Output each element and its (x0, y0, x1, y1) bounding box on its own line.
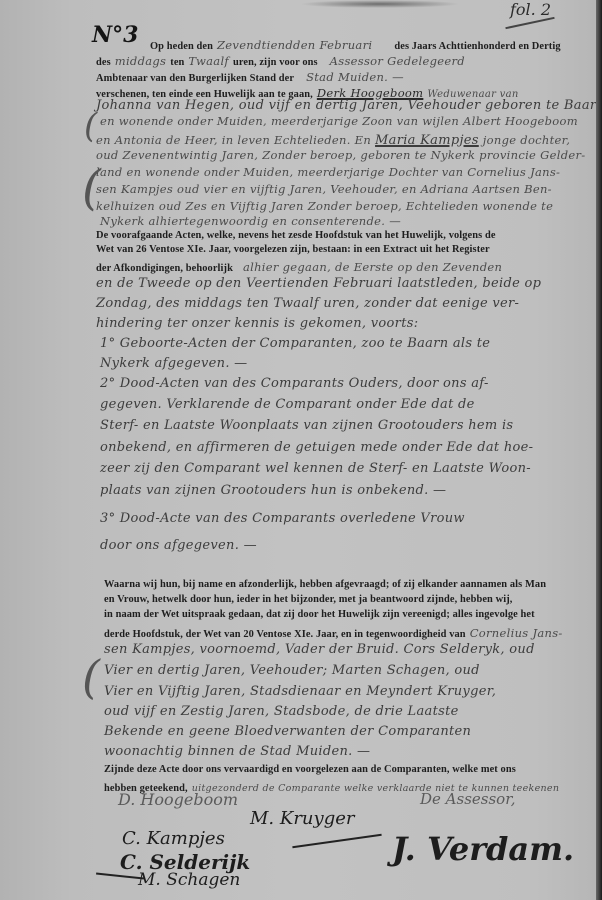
page-edge (596, 0, 602, 900)
print-text: derde Hoofdstuk, der Wet van 20 Ventose … (104, 629, 466, 640)
line-22: Sterf- en Laatste Woonplaats van zijnen … (100, 418, 513, 433)
line-23: onbekend, en affirmeren de getuigen mede… (100, 440, 533, 455)
line-8: land en wonende onder Muiden, meerderjar… (96, 165, 560, 179)
margin-bracket: ( (82, 650, 100, 704)
hand-text: middags (115, 54, 167, 68)
print-text: Ambtenaar van den Burgerlijken Stand der (96, 73, 294, 84)
line-14: der Afkondigingen, behoorlijk alhier geg… (96, 258, 502, 276)
line-5: en wonende onder Muiden, meerderjarige Z… (100, 114, 578, 128)
line-35: oud vijf en Zestig Jaren, Stadsbode, de … (104, 704, 459, 719)
print-text: uren, zijn voor ons (233, 57, 318, 68)
line-33: Vier en dertig Jaren, Veehouder; Marten … (104, 663, 480, 678)
hand-text: Zevendtiendden (217, 38, 316, 52)
print-text: der Afkondigingen, behoorlijk (96, 263, 233, 274)
line-17: hindering ter onzer kennis is gekomen, v… (96, 316, 418, 331)
line-29: en Vrouw, hetwelk door hun, ieder in het… (104, 594, 512, 605)
line-12: De voorafgaande Acten, welke, nevens het… (96, 230, 496, 241)
hand-text: Cornelius Jans- (470, 626, 563, 640)
hand-text: Februari (320, 38, 373, 52)
line-13: Wet van 26 Ventose XIe. Jaar, voorgeleze… (96, 244, 490, 255)
act-number: N°3 (92, 22, 138, 48)
bride-name: Maria Kampjes (375, 133, 479, 148)
hand-text: jonge dochter, (483, 133, 570, 147)
line-38: Zijnde deze Acte door ons vervaardigd en… (104, 764, 516, 775)
hand-text: Twaalf (188, 54, 229, 68)
line-26: 3° Dood-Acte van des Comparants overlede… (100, 511, 465, 526)
line-25: plaats van zijnen Grootouders hun is onb… (100, 483, 446, 498)
line-27: door ons afgegeven. — (100, 538, 257, 553)
line-19: Nykerk afgegeven. — (100, 356, 247, 371)
scan-shadow (300, 0, 460, 8)
line-7: oud Zevenentwintig Jaren, Zonder beroep,… (96, 148, 585, 162)
line-30: in naam der Wet uitspraak gedaan, dat zi… (104, 609, 535, 620)
line-32: sen Kampjes, voornoemd, Vader der Bruid.… (104, 642, 535, 657)
print-text: Op heden den (150, 41, 213, 52)
line-37: woonachtig binnen de Stad Muiden. — (104, 744, 370, 759)
folio-number: fol. 2 (510, 0, 551, 19)
hand-text: Stad Muiden. — (306, 70, 404, 84)
print-text: ten (170, 57, 184, 68)
signature-groom: D. Hoogeboom (118, 790, 238, 809)
hand-text: alhier gegaan, de Eerste op den Zevenden (243, 260, 502, 274)
line-24: zeer zij den Comparant wel kennen de Ste… (100, 461, 531, 476)
line-18: 1° Geboorte-Acten der Comparanten, zoo t… (100, 336, 490, 351)
line-4: Johanna van Hegen, oud vijf en dertig Ja… (96, 98, 602, 113)
scanned-page: fol. 2 N°3 Op heden den Zevendtiendden F… (0, 0, 596, 900)
line-9: sen Kampjes oud vier en vijftig Jaren, V… (96, 182, 552, 196)
line-36: Bekende en geene Bloedverwanten der Comp… (104, 724, 471, 739)
line-20: 2° Dood-Acten van des Comparants Ouders,… (100, 376, 489, 391)
line-28: Waarna wij hun, bij name en afzonderlijk… (104, 579, 546, 590)
signature-witness-kruyger: M. Kruyger (250, 808, 354, 829)
line-34: Vier en Vijftig Jaren, Stadsdienaar en M… (104, 684, 496, 699)
line-6: en Antonia de Heer, in leven Echtelieden… (96, 131, 570, 149)
line-15: en de Tweede op den Veertienden Februari… (96, 276, 541, 291)
hand-text: en Antonia de Heer, in leven Echtelieden… (96, 133, 371, 147)
print-text: des (96, 57, 111, 68)
hand-text: Assessor Gedelegeerd (330, 54, 465, 68)
line-10: kelhuizen oud Zes en Vijftig Jaren Zonde… (96, 199, 553, 213)
signature-witness-kampjes: C. Kampjes (122, 828, 225, 849)
assessor-label: De Assessor, (420, 790, 516, 808)
signature-witness-schagen: M. Schagen (138, 870, 240, 890)
line-16: Zondag, des middags ten Twaalf uren, zon… (96, 296, 519, 311)
signature-official-verdam: J. Verdam. (392, 830, 574, 868)
line-31: derde Hoofdstuk, der Wet van 20 Ventose … (104, 624, 563, 642)
line-11: Nykerk alhiertegenwoordig en consenteren… (100, 214, 401, 228)
signature-flourish (292, 834, 381, 849)
print-text: des Jaars Achttienhonderd en Dertig (394, 41, 560, 52)
line-21: gegeven. Verklarende de Comparant onder … (100, 397, 475, 412)
